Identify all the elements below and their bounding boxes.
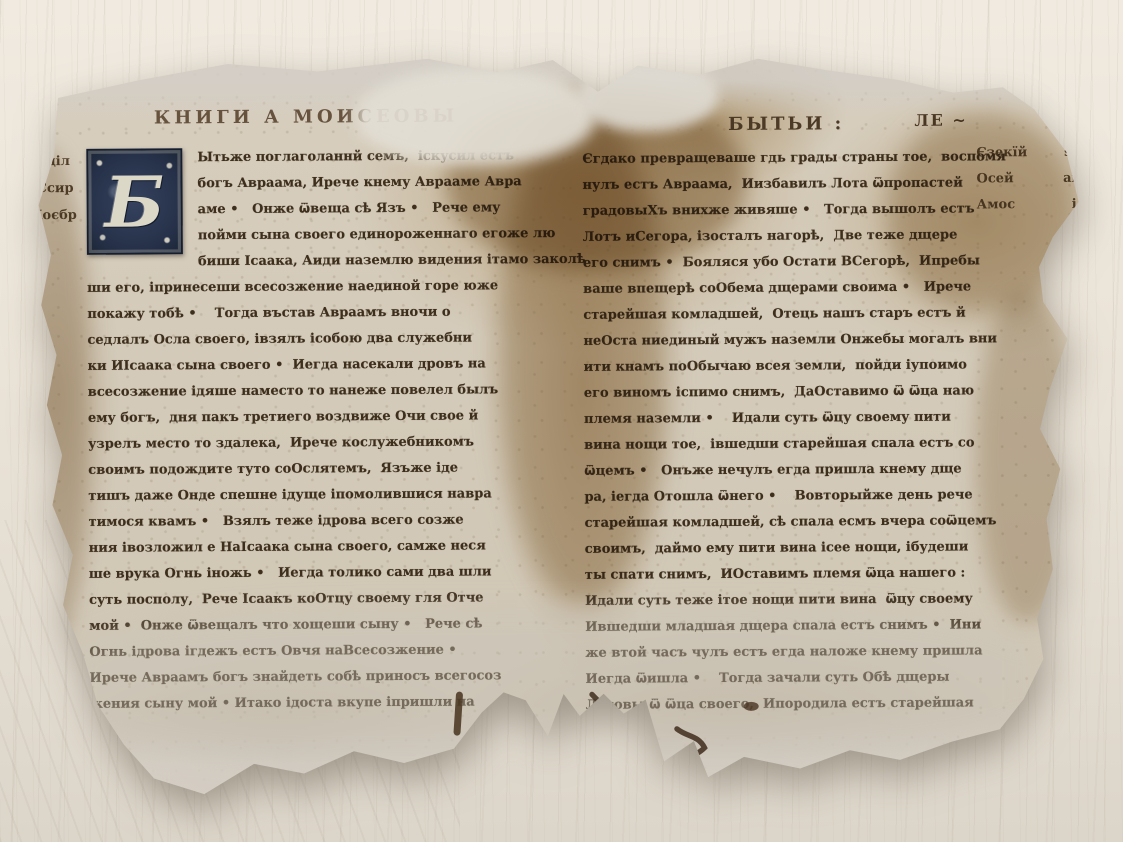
text-line: своимъ подождите туто соОслятемъ, Язъже … (88, 455, 550, 484)
text-column-right: Єгдако превращеваше гдь грады страны тое… (582, 144, 1035, 719)
text-line: нулъ естъ Авраама, Иизбавилъ Лота ѿпропа… (582, 170, 1032, 199)
text-line: ши его, іпринесеши всесозжение наединой … (87, 273, 549, 302)
text-lines-right: Єгдако превращеваше гдь грады страны тое… (582, 144, 1035, 719)
text-line: узрелъ место то здалека, Ирече кослужебн… (88, 429, 550, 458)
text-line: тишъ даже Онде спешне ідуще іпомолившися… (88, 481, 550, 510)
text-line: ваше впещерѣ соОбема дщерами своима • Ир… (583, 274, 1033, 303)
text-line: Єгдако превращеваше гдь грады страны тое… (582, 144, 1032, 173)
text-line: ния івозложил е НаІсаака сына своего, са… (89, 533, 551, 562)
text-line: покажу тобѣ • Тогда въстав Авраамъ вночи… (87, 299, 549, 328)
page-header-left: КНИГИ А МОИСЕОВЫ (146, 106, 466, 129)
text-line: ѿцемъ • Онъже нечулъ егда пришла кнему д… (584, 456, 1034, 485)
text-line: Идали суть теже ітое нощи пити вина ѿцу … (585, 586, 1035, 615)
text-line: суть посполу, Рече Ісаакъ коОтцу своему … (89, 585, 551, 614)
text-line: Ирече Авраамъ богъ знайдеть собѣ приносъ… (89, 663, 551, 692)
text-line: же втой часъ чулъ естъ егда наложе кнему… (585, 638, 1035, 667)
text-line: неОста ниединый мужъ наземли Онжебы мога… (583, 326, 1033, 355)
text-line: племя наземли • Идали суть ѿцу своему пи… (584, 404, 1034, 433)
text-line: ше врука Огнь іножь • Иегда толико сами … (89, 559, 551, 588)
text-line: всесозжение ідяше наместо то нанеже пове… (88, 377, 550, 406)
text-line: ты спати снимъ, ИОставимъ племя ѿца наше… (585, 560, 1035, 589)
text-line: ра, іегда Отошла ѿнего • Вовторыйже день… (584, 482, 1034, 511)
text-line: Лотъ иСегора, ізосталъ нагорѣ, Две теже … (583, 222, 1033, 251)
text-line: градовыХъ внихже живяше • Тогда вышолъ е… (583, 196, 1033, 225)
text-line: его снимъ • Бояляся убо Остати ВСегорѣ, … (583, 248, 1033, 277)
text-line: его виномъ іспимо снимъ, ДаОставимо ѿ ѿц… (584, 378, 1034, 407)
text-line: вина нощи тое, івшедши старейшая спала е… (584, 430, 1034, 459)
manuscript-photo: КНИГИ А МОИСЕОВЫ БЫТЬИ : ЛЕ ~ ЮділйІСсир… (0, 0, 1123, 842)
text-line: старейшая комладшей, сѣ спала есмъ вчера… (585, 508, 1035, 537)
drop-cap-initial: Б (86, 148, 183, 255)
page-header-right: БЫТЬИ : (706, 113, 866, 135)
text-line: жения сыну мой • Итако ідоста вкупе іпри… (90, 689, 552, 718)
manuscript-page: КНИГИ А МОИСЕОВЫ БЫТЬИ : ЛЕ ~ ЮділйІСсир… (26, 52, 1091, 803)
pale-damage-patch-small (578, 59, 718, 132)
ink-blot-marks (550, 686, 731, 787)
text-line: своимъ, даймо ему пити вина ісее нощи, і… (585, 534, 1035, 563)
text-line: седлалъ Осла своего, івзялъ ісобою два с… (87, 325, 549, 354)
text-line: ки ИІсаака сына своего • Иегда насекали … (88, 351, 550, 380)
folio-number: ЛЕ ~ (906, 110, 976, 129)
text-line: ити кнамъ поОбычаю всея земли, пойди іуп… (584, 352, 1034, 381)
text-line: Огнь ідрова ігдежъ естъ Овчя наВсесозжен… (89, 637, 551, 666)
text-line: старейшая комладшей, Отець нашъ старъ ес… (583, 300, 1033, 329)
ink-drip-mark (453, 691, 463, 735)
text-line: мой • Онже ѿвещалъ что хощеши сыну • Реч… (89, 611, 551, 640)
text-line: Ившедши младшая дщера спала естъ снимъ •… (585, 612, 1035, 641)
text-line: тимося квамъ • Взялъ теже ідрова всего с… (88, 507, 550, 536)
text-line: ему богъ, дня пакъ третиего воздвиже Очи… (88, 403, 550, 432)
ink-blot-small (744, 702, 759, 711)
text-column-left: Б Ытьже поглаголаннй семъ, іскусил естъб… (86, 143, 551, 718)
